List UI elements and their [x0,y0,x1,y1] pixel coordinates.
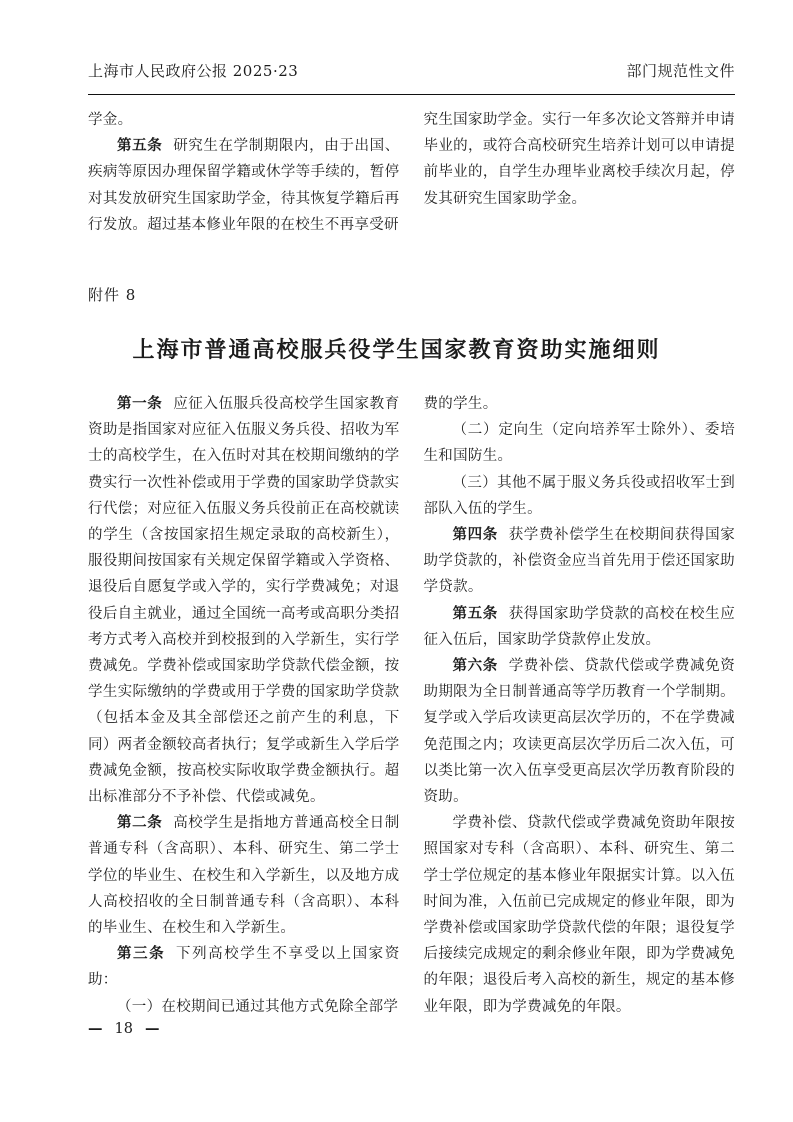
paragraph: 第一条应征入伍服兵役高校学生国家教育资助是指国家对应征入伍服义务兵役、招收为军士… [88,391,400,810]
continuation-right-column: 究生国家助学金。实行一年多次论文答辩并申请毕业的，或符合高校研究生培养计划可以申… [424,107,736,238]
paragraph-text: （二）定向生（定向培养军士除外）、委培生和国防生。 [424,422,736,464]
paragraph-text: 应征入伍服兵役高校学生国家教育资助是指国家对应征入伍服义务兵役、招收为军士的高校… [88,396,400,805]
article-number: 第四条 [453,527,498,543]
gazette-page: 上海市人民政府公报 2025·23 部门规范性文件 学金。第五条研究生在学制期限… [0,0,793,1122]
paragraph: （二）定向生（定向培养军士除外）、委培生和国防生。 [424,417,736,469]
page-number-dash-left: — [88,1020,103,1037]
page-number-dash-right: — [145,1020,160,1037]
paragraph-text: 究生国家助学金。实行一年多次论文答辩并申请毕业的，或符合高校研究生培养计划可以申… [424,112,736,207]
paragraph: 学费补偿、贷款代偿或学费减免资助年限按照国家对专科（含高职）、本科、研究生、第二… [424,810,736,1020]
paragraph-text: 学费补偿、贷款代偿或学费减免资助期限为全日制普通高等学历教育一个学制期。复学或入… [424,658,736,805]
section-label: 部门规范性文件 [626,60,735,81]
body-right-column: 费的学生。（二）定向生（定向培养军士除外）、委培生和国防生。（三）其他不属于服义… [424,391,736,1020]
paragraph: （三）其他不属于服义务兵役或招收军士到部队入伍的学生。 [424,470,736,522]
paragraph: 学金。 [88,107,400,133]
paragraph: （一）在校期间已通过其他方式免除全部学 [88,994,400,1020]
continuation-section: 学金。第五条研究生在学制期限内，由于出国、疾病等原因办理保留学籍或休学等手续的，… [88,107,735,238]
paragraph: 第四条获学费补偿学生在校期间获得国家助学贷款的，补偿资金应当首先用于偿还国家助学… [424,522,736,601]
page-number: 18 [115,1021,133,1037]
document-title: 上海市普通高校服兵役学生国家教育资助实施细则 [60,333,733,364]
gazette-title: 上海市人民政府公报 2025·23 [88,60,298,81]
paragraph-text: 学金。 [88,112,132,128]
page-footer: — 18 — [88,1020,159,1037]
article-number: 第五条 [117,138,162,154]
paragraph-text: （三）其他不属于服义务兵役或招收军士到部队入伍的学生。 [424,475,736,517]
document-body: 第一条应征入伍服兵役高校学生国家教育资助是指国家对应征入伍服义务兵役、招收为军士… [88,391,735,1020]
article-number: 第二条 [117,815,162,831]
paragraph-text: 学费补偿、贷款代偿或学费减免资助年限按照国家对专科（含高职）、本科、研究生、第二… [424,815,736,1014]
paragraph: 第五条研究生在学制期限内，由于出国、疾病等原因办理保留学籍或休学等手续的，暂停对… [88,133,400,238]
paragraph: 第三条下列高校学生不享受以上国家资助： [88,941,400,993]
paragraph: 第二条高校学生是指地方普通高校全日制普通专科（含高职）、本科、研究生、第二学士学… [88,810,400,941]
paragraph: 第六条学费补偿、贷款代偿或学费减免资助期限为全日制普通高等学历教育一个学制期。复… [424,653,736,810]
body-left-column: 第一条应征入伍服兵役高校学生国家教育资助是指国家对应征入伍服义务兵役、招收为军士… [88,391,400,1020]
attachment-label: 附件 8 [88,284,136,305]
paragraph: 费的学生。 [424,391,736,417]
paragraph-text: 高校学生是指地方普通高校全日制普通专科（含高职）、本科、研究生、第二学士学位的毕… [88,815,400,936]
article-number: 第一条 [117,396,162,412]
article-number: 第三条 [117,946,165,962]
article-number: 第六条 [453,658,498,674]
paragraph: 第五条获得国家助学贷款的高校在校生应征入伍后，国家助学贷款停止发放。 [424,601,736,653]
paragraph-text: （一）在校期间已通过其他方式免除全部学 [117,999,398,1015]
page-header: 上海市人民政府公报 2025·23 部门规范性文件 [88,60,735,95]
article-number: 第五条 [453,606,498,622]
paragraph-text: 费的学生。 [424,396,498,412]
continuation-left-column: 学金。第五条研究生在学制期限内，由于出国、疾病等原因办理保留学籍或休学等手续的，… [88,107,400,238]
paragraph: 究生国家助学金。实行一年多次论文答辩并申请毕业的，或符合高校研究生培养计划可以申… [424,107,736,212]
